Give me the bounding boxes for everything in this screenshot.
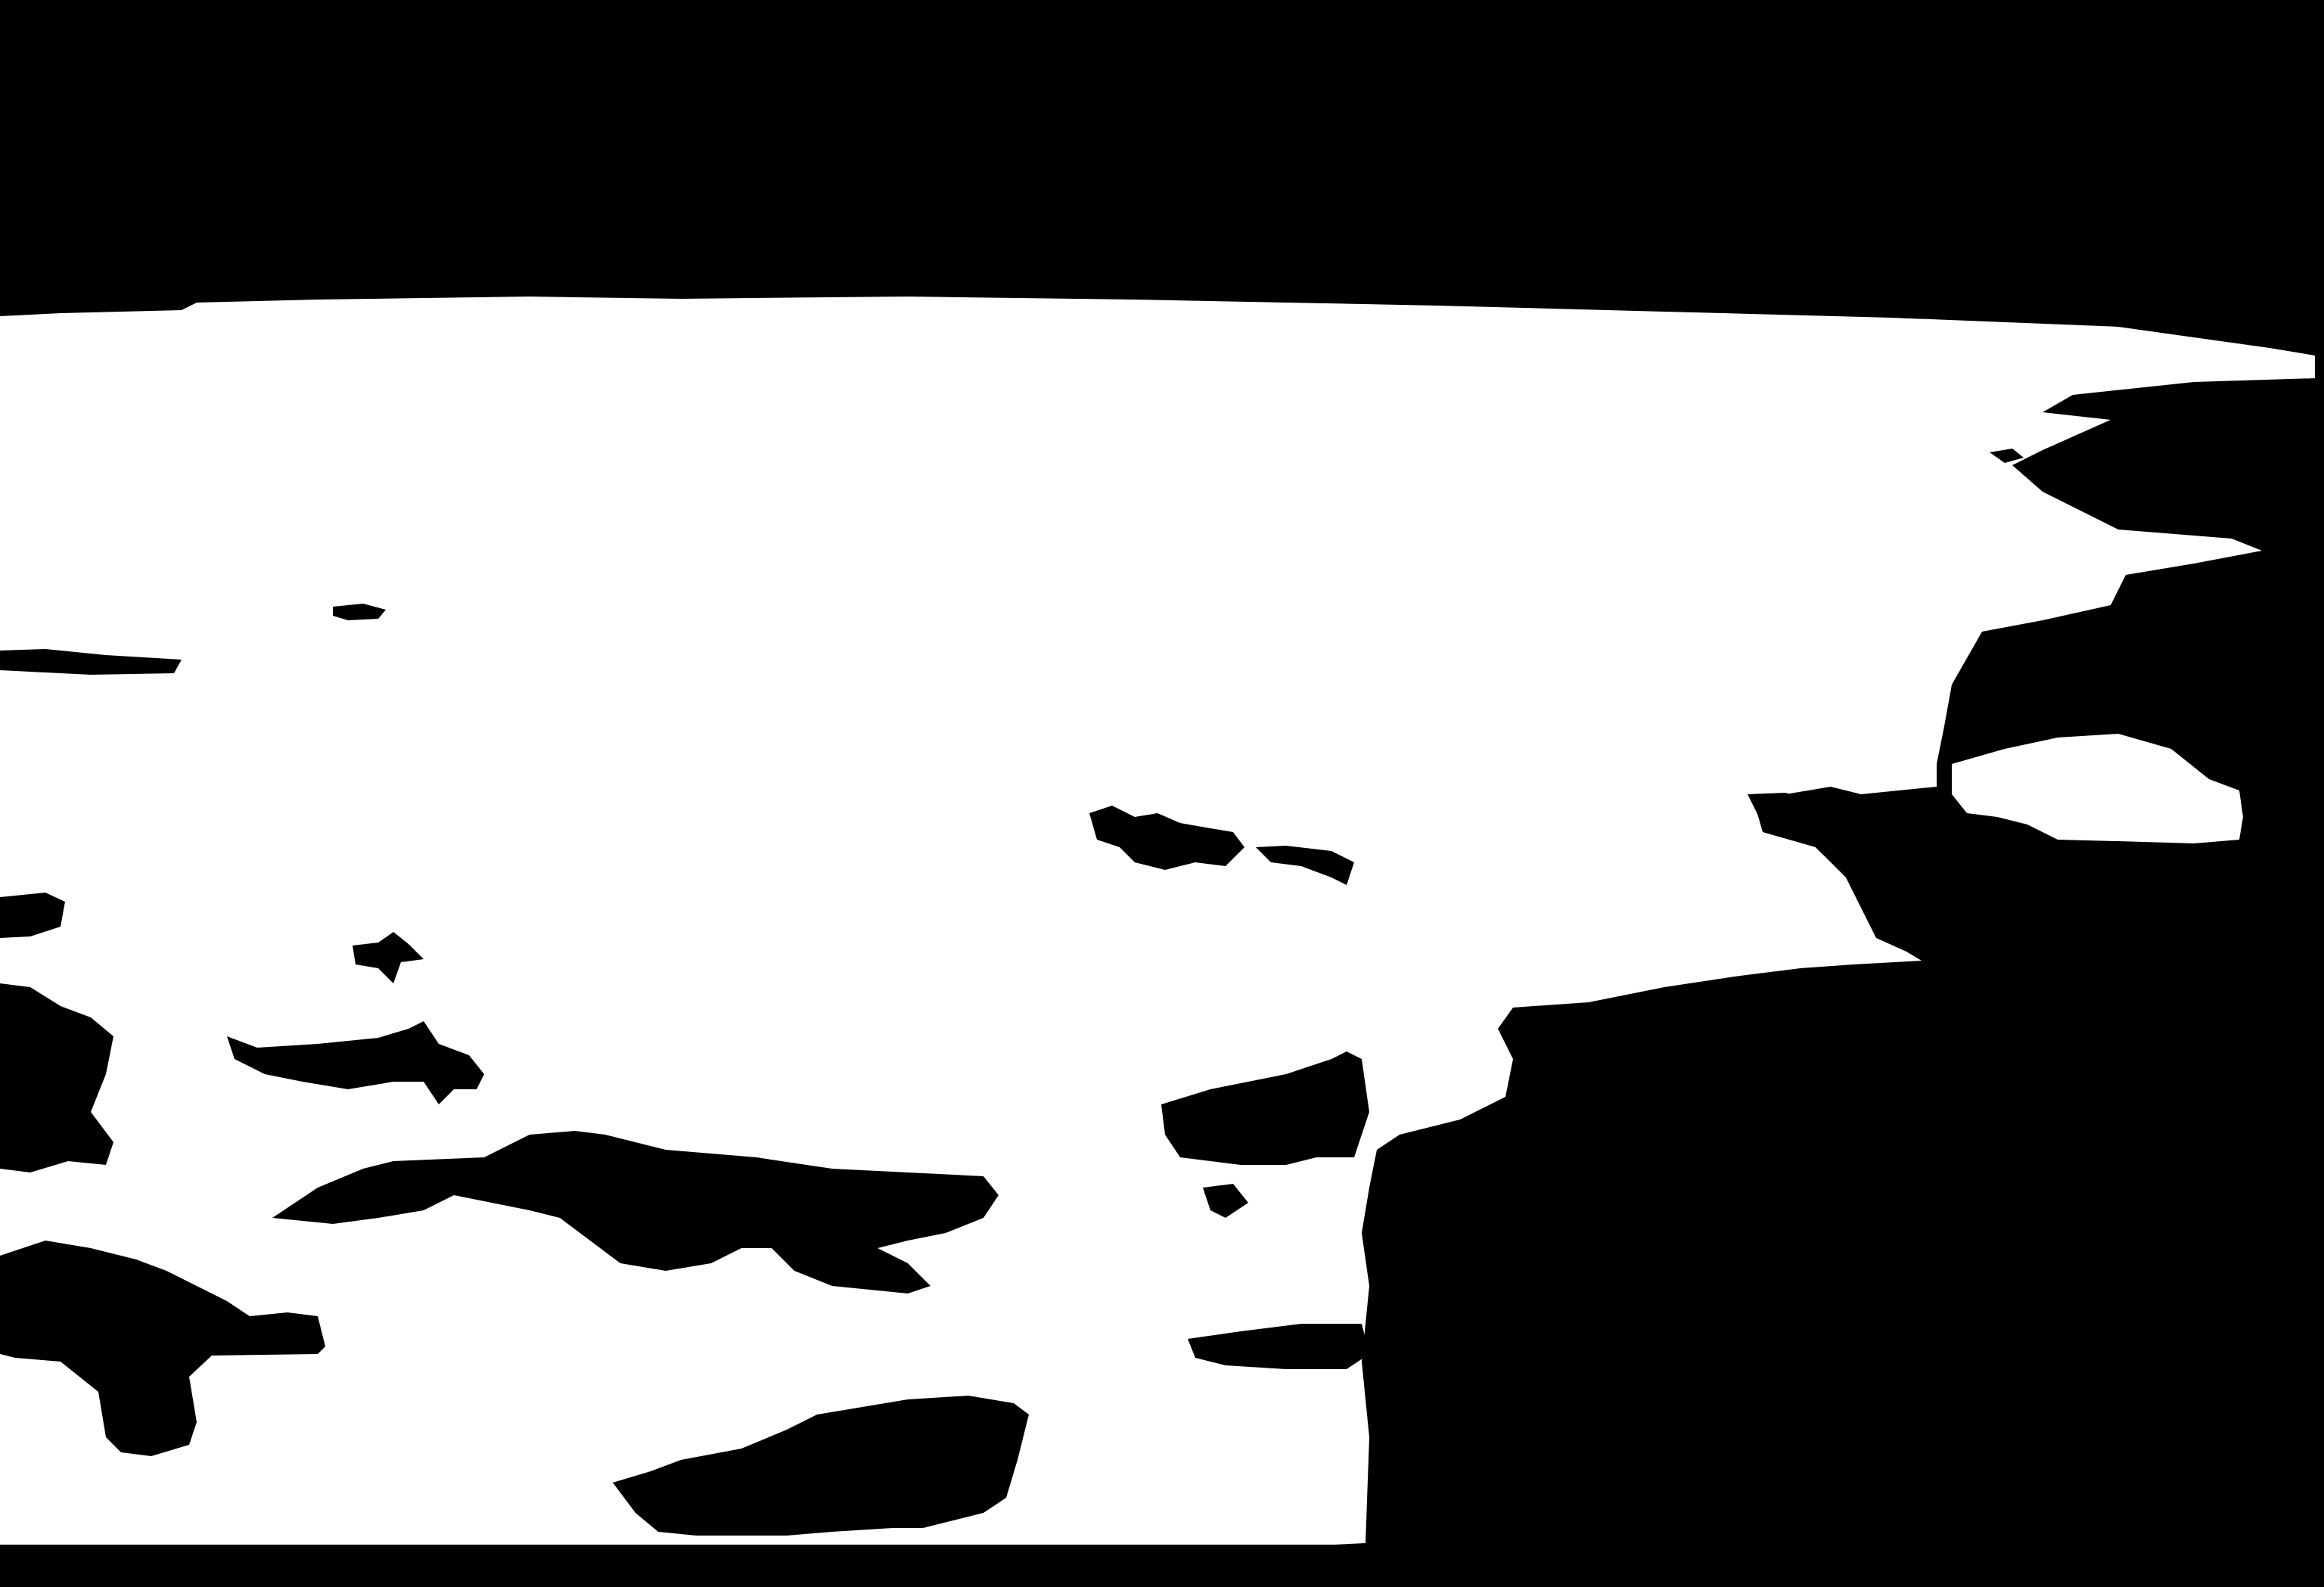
bottom-band [0, 1545, 2324, 1587]
earth-horizon-image [0, 0, 2324, 1587]
